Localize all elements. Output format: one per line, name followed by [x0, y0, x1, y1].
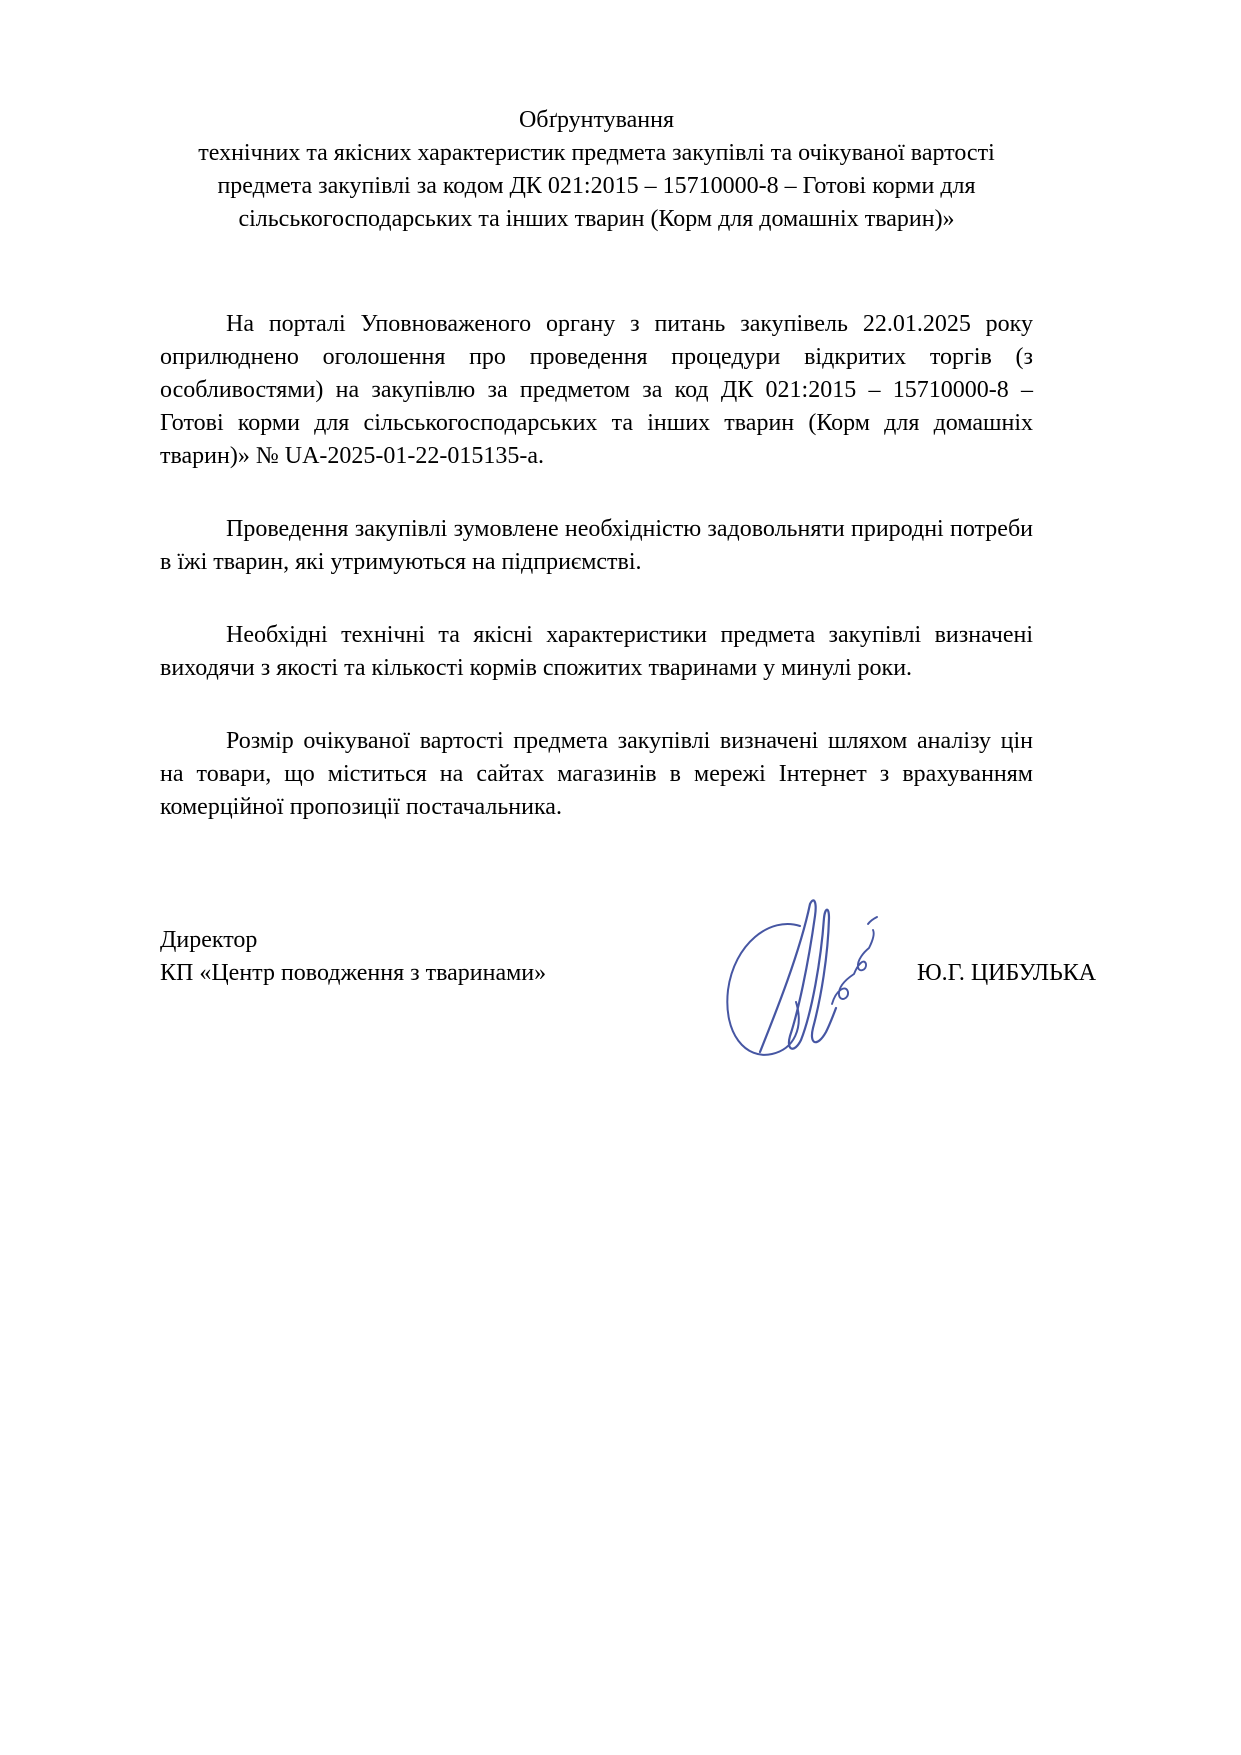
- signer-organization: КП «Центр поводження з тваринами»: [160, 957, 1033, 990]
- paragraph-technical-characteristics: Необхідні технічні та якісні характерист…: [160, 619, 1033, 685]
- document-page: Обґрунтування технічних та якісних харак…: [0, 0, 1241, 1755]
- signature-block: Директор КП «Центр поводження з тваринам…: [160, 924, 1033, 1104]
- document-title: Обґрунтування: [160, 104, 1033, 137]
- signer-name: Ю.Г. ЦИБУЛЬКА: [917, 957, 1096, 990]
- document-title-block: Обґрунтування технічних та якісних харак…: [160, 104, 1033, 236]
- document-content: Обґрунтування технічних та якісних харак…: [160, 104, 1033, 1104]
- paragraph-purpose: Проведення закупівлі зумовлене необхідні…: [160, 513, 1033, 579]
- handwritten-signature-icon: [700, 894, 878, 1064]
- document-subtitle: технічних та якісних характеристик предм…: [160, 137, 1033, 236]
- paragraph-announcement: На порталі Уповноваженого органу з питан…: [160, 308, 1033, 473]
- signer-position: Директор: [160, 924, 1033, 957]
- paragraph-expected-value: Розмір очікуваної вартості предмета заку…: [160, 725, 1033, 824]
